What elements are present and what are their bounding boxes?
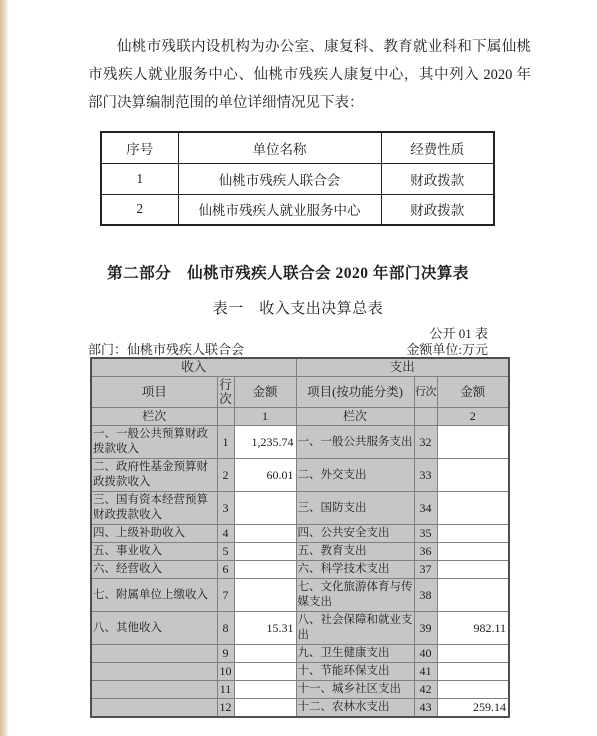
department-label: 部门：仙桃市残疾人联合会	[88, 339, 244, 358]
income-item-cell: 四、上级补助收入	[91, 525, 217, 543]
expense-lane-number: 2	[437, 408, 509, 426]
expense-item-cell: 八、社会保障和就业支出	[296, 612, 414, 645]
expense-amount-cell	[437, 543, 509, 561]
expense-amount-cell	[437, 645, 509, 663]
income-amount-cell	[234, 561, 296, 579]
units-header-seq: 序号	[101, 132, 178, 163]
income-amount-cell: 15.31	[234, 612, 296, 645]
amount-unit-label: 金额单位:万元	[406, 339, 488, 358]
expense-line-cell: 35	[414, 525, 437, 543]
income-line-header: 行次	[217, 377, 234, 408]
income-item-cell: 八、其他收入	[91, 612, 217, 645]
column-header-row: 项目 行次 金额 项目(按功能分类) 行次 金额	[91, 377, 509, 408]
expense-item-cell: 十一、城乡社区支出	[296, 681, 414, 699]
units-cell-seq: 2	[101, 194, 178, 225]
budget-table-row: 七、附属单位上缴收入7七、文化旅游体育与传媒支出38	[91, 579, 509, 612]
expense-item-cell: 一、一般公共服务支出	[296, 426, 414, 459]
expense-amount-cell: 259.14	[437, 699, 509, 718]
income-line-cell: 12	[217, 699, 234, 718]
budget-table-row: 12十二、农林水支出43259.14	[91, 699, 509, 718]
expense-amount-header: 金额	[437, 377, 509, 408]
income-line-cell: 10	[217, 663, 234, 681]
expense-line-cell: 42	[414, 681, 437, 699]
income-item-cell: 一、一般公共预算财政拨款收入	[91, 426, 217, 459]
income-amount-cell	[234, 579, 296, 612]
budget-table-body: 一、一般公共预算财政拨款收入11,235.74一、一般公共服务支出32二、政府性…	[91, 426, 509, 718]
table-meta-row: 部门：仙桃市残疾人联合会 金额单位:万元	[88, 339, 488, 358]
income-amount-cell	[234, 492, 296, 525]
income-amount-cell	[234, 699, 296, 718]
income-line-cell: 7	[217, 579, 234, 612]
section-header-row: 收入 支出	[91, 358, 509, 377]
income-lane-label: 栏次	[91, 408, 217, 426]
budget-table: 收入 支出 项目 行次 金额 项目(按功能分类) 行次 金额 栏次 1 栏次 2…	[90, 357, 510, 718]
income-amount-cell: 60.01	[234, 459, 296, 492]
expense-item-cell: 六、科学技术支出	[296, 561, 414, 579]
units-header-funding: 经费性质	[381, 132, 494, 163]
income-line-cell: 9	[217, 645, 234, 663]
lane-row: 栏次 1 栏次 2	[91, 408, 509, 426]
page-edge-shading	[0, 0, 9, 736]
expense-item-header: 项目(按功能分类)	[296, 377, 414, 408]
units-cell-funding: 财政拨款	[381, 194, 494, 225]
expense-item-cell: 九、卫生健康支出	[296, 645, 414, 663]
table-title: 表一 收入支出决算总表	[88, 297, 508, 318]
expense-line-cell: 43	[414, 699, 437, 718]
units-cell-seq: 1	[101, 163, 178, 194]
expense-line-cell: 32	[414, 426, 437, 459]
income-item-cell: 五、事业收入	[91, 543, 217, 561]
expense-item-cell: 三、国防支出	[296, 492, 414, 525]
income-item-cell: 三、国有资本经营预算财政拨款收入	[91, 492, 217, 525]
intro-line: 部门决算编制范围的单位详细情况见下表：	[88, 89, 531, 117]
income-line-cell: 4	[217, 525, 234, 543]
income-item-header: 项目	[91, 377, 217, 408]
expense-item-cell: 七、文化旅游体育与传媒支出	[296, 579, 414, 612]
income-amount-cell	[234, 663, 296, 681]
budget-table-row: 10十、节能环保支出41	[91, 663, 509, 681]
units-header-name: 单位名称	[178, 132, 381, 163]
expense-line-cell: 41	[414, 663, 437, 681]
budget-table-row: 五、事业收入5五、教育支出36	[91, 543, 509, 561]
expense-amount-cell: 982.11	[437, 612, 509, 645]
income-amount-cell: 1,235.74	[234, 426, 296, 459]
expense-amount-cell	[437, 459, 509, 492]
income-item-cell: 六、经营收入	[91, 561, 217, 579]
expense-line-cell: 37	[414, 561, 437, 579]
budget-table-row: 三、国有资本经营预算财政拨款收入3三、国防支出34	[91, 492, 509, 525]
units-table: 序号 单位名称 经费性质 1仙桃市残疾人联合会财政拨款2仙桃市残疾人就业服务中心…	[100, 131, 495, 226]
income-item-cell	[91, 663, 217, 681]
part-title: 第二部分 仙桃市残疾人联合会 2020 年部门决算表	[88, 261, 488, 283]
income-line-cell: 1	[217, 426, 234, 459]
income-item-cell	[91, 645, 217, 663]
income-line-cell: 3	[217, 492, 234, 525]
income-lane-blank	[217, 408, 234, 426]
expense-item-cell: 十、节能环保支出	[296, 663, 414, 681]
expense-amount-cell	[437, 579, 509, 612]
budget-table-row: 二、政府性基金预算财政拨款收入260.01二、外交支出33	[91, 459, 509, 492]
income-amount-header: 金额	[234, 377, 296, 408]
income-line-cell: 8	[217, 612, 234, 645]
units-table-row: 2仙桃市残疾人就业服务中心财政拨款	[101, 194, 494, 225]
expense-item-cell: 十二、农林水支出	[296, 699, 414, 718]
budget-table-row: 一、一般公共预算财政拨款收入11,235.74一、一般公共服务支出32	[91, 426, 509, 459]
income-item-cell: 七、附属单位上缴收入	[91, 579, 217, 612]
income-line-cell: 2	[217, 459, 234, 492]
income-item-cell: 二、政府性基金预算财政拨款收入	[91, 459, 217, 492]
expense-line-cell: 38	[414, 579, 437, 612]
budget-table-row: 四、上级补助收入4四、公共安全支出35	[91, 525, 509, 543]
income-item-cell	[91, 699, 217, 718]
expense-line-cell: 40	[414, 645, 437, 663]
expense-lane-label: 栏次	[296, 408, 414, 426]
units-cell-funding: 财政拨款	[381, 163, 494, 194]
expense-item-cell: 四、公共安全支出	[296, 525, 414, 543]
expense-line-cell: 34	[414, 492, 437, 525]
units-table-header-row: 序号 单位名称 经费性质	[101, 132, 494, 163]
document-page: 仙桃市残联内设机构为办公室、康复科、教育就业科和下属仙桃 市残疾人就业服务中心、…	[0, 0, 597, 736]
units-table-body: 1仙桃市残疾人联合会财政拨款2仙桃市残疾人就业服务中心财政拨款	[101, 163, 494, 225]
income-item-cell	[91, 681, 217, 699]
budget-table-row: 八、其他收入815.31八、社会保障和就业支出39982.11	[91, 612, 509, 645]
intro-line: 仙桃市残联内设机构为办公室、康复科、教育就业科和下属仙桃	[88, 33, 531, 61]
expense-section-header: 支出	[296, 358, 509, 377]
income-amount-cell	[234, 681, 296, 699]
expense-line-cell: 36	[414, 543, 437, 561]
income-lane-number: 1	[234, 408, 296, 426]
income-amount-cell	[234, 645, 296, 663]
expense-amount-cell	[437, 426, 509, 459]
budget-table-row: 六、经营收入6六、科学技术支出37	[91, 561, 509, 579]
expense-amount-cell	[437, 561, 509, 579]
expense-lane-blank	[414, 408, 437, 426]
expense-item-cell: 五、教育支出	[296, 543, 414, 561]
expense-line-header: 行次	[414, 377, 437, 408]
expense-item-cell: 二、外交支出	[296, 459, 414, 492]
expense-amount-cell	[437, 492, 509, 525]
income-line-cell: 5	[217, 543, 234, 561]
expense-line-cell: 33	[414, 459, 437, 492]
expense-amount-cell	[437, 525, 509, 543]
budget-table-row: 11十一、城乡社区支出42	[91, 681, 509, 699]
budget-table-row: 9九、卫生健康支出40	[91, 645, 509, 663]
intro-paragraph: 仙桃市残联内设机构为办公室、康复科、教育就业科和下属仙桃 市残疾人就业服务中心、…	[88, 33, 531, 117]
expense-amount-cell	[437, 663, 509, 681]
units-cell-name: 仙桃市残疾人就业服务中心	[178, 194, 381, 225]
income-line-cell: 11	[217, 681, 234, 699]
income-line-cell: 6	[217, 561, 234, 579]
income-section-header: 收入	[91, 358, 296, 377]
expense-line-cell: 39	[414, 612, 437, 645]
income-amount-cell	[234, 525, 296, 543]
units-table-row: 1仙桃市残疾人联合会财政拨款	[101, 163, 494, 194]
expense-amount-cell	[437, 681, 509, 699]
units-cell-name: 仙桃市残疾人联合会	[178, 163, 381, 194]
intro-line: 市残疾人就业服务中心、仙桃市残疾人康复中心，其中列入 2020 年	[88, 61, 531, 89]
income-amount-cell	[234, 543, 296, 561]
